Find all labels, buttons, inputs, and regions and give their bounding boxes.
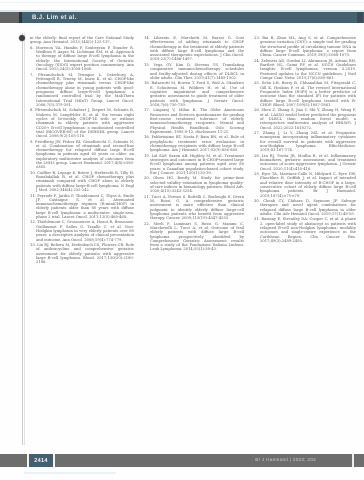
running-header-band: B.J. Lim et al. bbox=[22, 12, 364, 23]
reference-item: 30. Cheah CY, Chihara D, Seymour JF. Sal… bbox=[254, 199, 356, 216]
reference-number: 22. bbox=[144, 222, 153, 226]
reference-item: 29. Eyre TA, Martinez-Calle N, Hildyard … bbox=[254, 172, 356, 198]
reference-item: 17. Lingaraj V, Milan K. The Older Ameri… bbox=[144, 108, 244, 134]
reference-number: 21. bbox=[144, 195, 151, 199]
reference-item: 16. Balzarotti M, Bowen T, Ford S, Weil … bbox=[144, 81, 244, 107]
reference-item: 7. Pfreundschuh M, Trumper L, Osterborg … bbox=[30, 73, 134, 107]
reference-item: 6. Morrison VA, Hamlin P, Soubeyran P, S… bbox=[30, 46, 134, 72]
reference-number: 17. bbox=[144, 108, 153, 112]
margin-bullet-dot bbox=[19, 35, 25, 41]
reference-number: 20. bbox=[144, 176, 153, 180]
reference-item: 23. Bai B, Zhou ML, Ang S, et al. Compre… bbox=[254, 36, 356, 57]
reference-item: 28. Lin RJ, Trotta JR, Modlin R, et al. … bbox=[254, 154, 356, 171]
reference-item: 24. Zelenetz AD, Gordon LI, Abramson JS,… bbox=[254, 59, 356, 80]
reference-item: 31. Ramsay E, Streatley DA, Cooper C, et… bbox=[254, 217, 356, 243]
reference-number: 23. bbox=[254, 36, 262, 40]
reference-number: 9. bbox=[30, 140, 35, 144]
reference-number: 13. bbox=[30, 243, 37, 247]
reference-item: 26. Shen Z, Zhang S, Jiao Y, Shi Y, Zhan… bbox=[254, 108, 356, 129]
reference-item: 11. Peyrade F, Jardin F, Thieblemont C, … bbox=[30, 194, 134, 220]
reference-item: 21. Tucci A, Ferrari S, Bottelli C, Borl… bbox=[144, 195, 244, 221]
reference-number: 15. bbox=[144, 63, 154, 67]
footer-sliver-mid bbox=[53, 454, 55, 467]
reference-number: 31. bbox=[254, 217, 261, 221]
reference-item: 9. Friedberg JW, Fisher RI, Gisselbrecht… bbox=[30, 140, 134, 170]
reference-item: 10. Coiffier B, Lepage E, Briere J, Herb… bbox=[30, 171, 134, 192]
references-column-3: 23. Bai B, Zhou ML, Ang S, et al. Compre… bbox=[254, 36, 356, 380]
reference-number: 11. bbox=[30, 194, 37, 198]
journal-page: B.J. Lim et al. in the elderly: final re… bbox=[0, 0, 364, 480]
reference-number: 18. bbox=[144, 135, 151, 139]
left-margin-rule bbox=[22, 33, 23, 445]
reference-item: 27. Zhang J, Li Y, Zhang MZ, et al. Prog… bbox=[254, 131, 356, 152]
references-column-1: in the elderly: final report of the Care… bbox=[30, 36, 134, 380]
footer-sliver-right bbox=[352, 454, 354, 467]
reference-item: 12. Thieblemont C, Grossoeuvre A, Houot … bbox=[30, 220, 134, 241]
reference-item: 18. Fabbrissimo BT, Nasta P, Bain RN, et… bbox=[144, 135, 244, 152]
running-head-text: B.J. Lim et al. bbox=[32, 15, 77, 21]
references-column-2: 14. Liberato E, Marchetti M, Barosi G. C… bbox=[144, 36, 244, 380]
scan-artifact-line-top bbox=[0, 2, 364, 3]
reference-number: 12. bbox=[30, 220, 37, 224]
footer-journal-info: Br J Haematol | 2023; 202 bbox=[255, 457, 316, 462]
reference-number: 24. bbox=[254, 59, 261, 63]
header-gray-block bbox=[0, 12, 19, 23]
reference-item: 8. Pfreundschuh M, Schubert J, Ziepert M… bbox=[30, 108, 134, 138]
scan-artifact-smudge bbox=[24, 472, 116, 474]
references-section: in the elderly: final report of the Care… bbox=[30, 36, 358, 380]
reference-item: 25. Sehn LH, Berry B, Chhanabhai M, Fitz… bbox=[254, 81, 356, 107]
reference-item: 15. Vega GY, Kim D, Stevens YS. Translat… bbox=[144, 63, 244, 80]
reference-number: 25. bbox=[254, 81, 262, 85]
reference-number: 27. bbox=[254, 131, 263, 135]
reference-number: 30. bbox=[254, 199, 263, 203]
reference-number: 19. bbox=[144, 154, 152, 158]
reference-number: 8. bbox=[30, 108, 35, 112]
reference-item: 20. Olsen HG, Bently M. Study for prime-… bbox=[144, 176, 244, 193]
reference-item: 19. Lal SAP, Saxon AB, Highley M, et al.… bbox=[144, 154, 244, 175]
reference-item: in the elderly: final report of the Care… bbox=[30, 36, 134, 45]
left-margin-rule-echo bbox=[24, 33, 25, 445]
reference-item: 13. Lin RJ, Behera M, Diefenbach CS, Flo… bbox=[30, 243, 134, 264]
reference-number: 16. bbox=[144, 81, 151, 85]
reference-number: 29. bbox=[254, 172, 262, 176]
reference-item: 22. Merli F, Luminari S, Rossi G, Mammi … bbox=[144, 222, 244, 252]
reference-item: 14. Liberato E, Marchetti M, Barosi G. C… bbox=[144, 36, 244, 62]
reference-number: 10. bbox=[30, 171, 37, 175]
reference-number: 6. bbox=[30, 46, 36, 50]
reference-number: 26. bbox=[254, 108, 261, 112]
reference-number: 14. bbox=[144, 36, 154, 40]
page-number: 2414 bbox=[34, 458, 47, 464]
reference-number: 7. bbox=[30, 73, 38, 77]
page-number-box: 2414 bbox=[29, 454, 53, 467]
reference-number: 28. bbox=[254, 154, 262, 158]
header-band-right-tip bbox=[357, 12, 363, 23]
